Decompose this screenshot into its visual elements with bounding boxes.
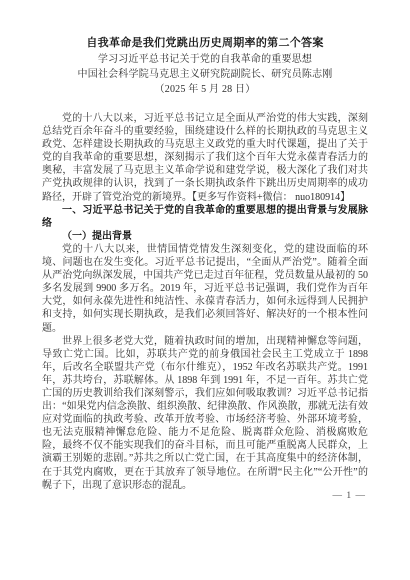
subsection-heading-1: （一）提出背景 — [42, 230, 368, 243]
document-body: 党的十八大以来，习近平总书记立足全面从严治党的伟大实践，深刻总结党百余年奋斗的重… — [42, 112, 368, 492]
document-page: 自我革命是我们党跳出历史周期率的第二个答案 学习习近平总书记关于党的自我革命的重… — [0, 0, 410, 580]
document-date: （2025 年 5 月 28 日） — [0, 82, 410, 97]
document-author: 中国社会科学院马克思主义研究院副院长、研究员陈志刚 — [0, 67, 410, 82]
document-title: 自我革命是我们党跳出历史周期率的第二个答案 — [0, 35, 410, 52]
section-heading-1: 一、习近平总书记关于党的自我革命的重要思想的提出背景与发展脉络 — [42, 204, 368, 230]
title-block: 自我革命是我们党跳出历史周期率的第二个答案 学习习近平总书记关于党的自我革命的重… — [0, 0, 410, 97]
paragraph-intro: 党的十八大以来，习近平总书记立足全面从严治党的伟大实践，深刻总结党百余年奋斗的重… — [42, 112, 368, 204]
page-number: — 1 — — [333, 491, 367, 501]
paragraph-background-context: 党的十八大以来，世情国情党情发生深刻变化，党的建设面临的环境、问题也在发生变化。… — [42, 243, 368, 335]
paragraph-historical-lessons: 世界上很多老党大党，随着执政时间的增加，出现精神懈怠等问题，导致亡党亡国。比如，… — [42, 335, 368, 492]
document-subtitle: 学习习近平总书记关于党的自我革命的重要思想 — [0, 52, 410, 67]
